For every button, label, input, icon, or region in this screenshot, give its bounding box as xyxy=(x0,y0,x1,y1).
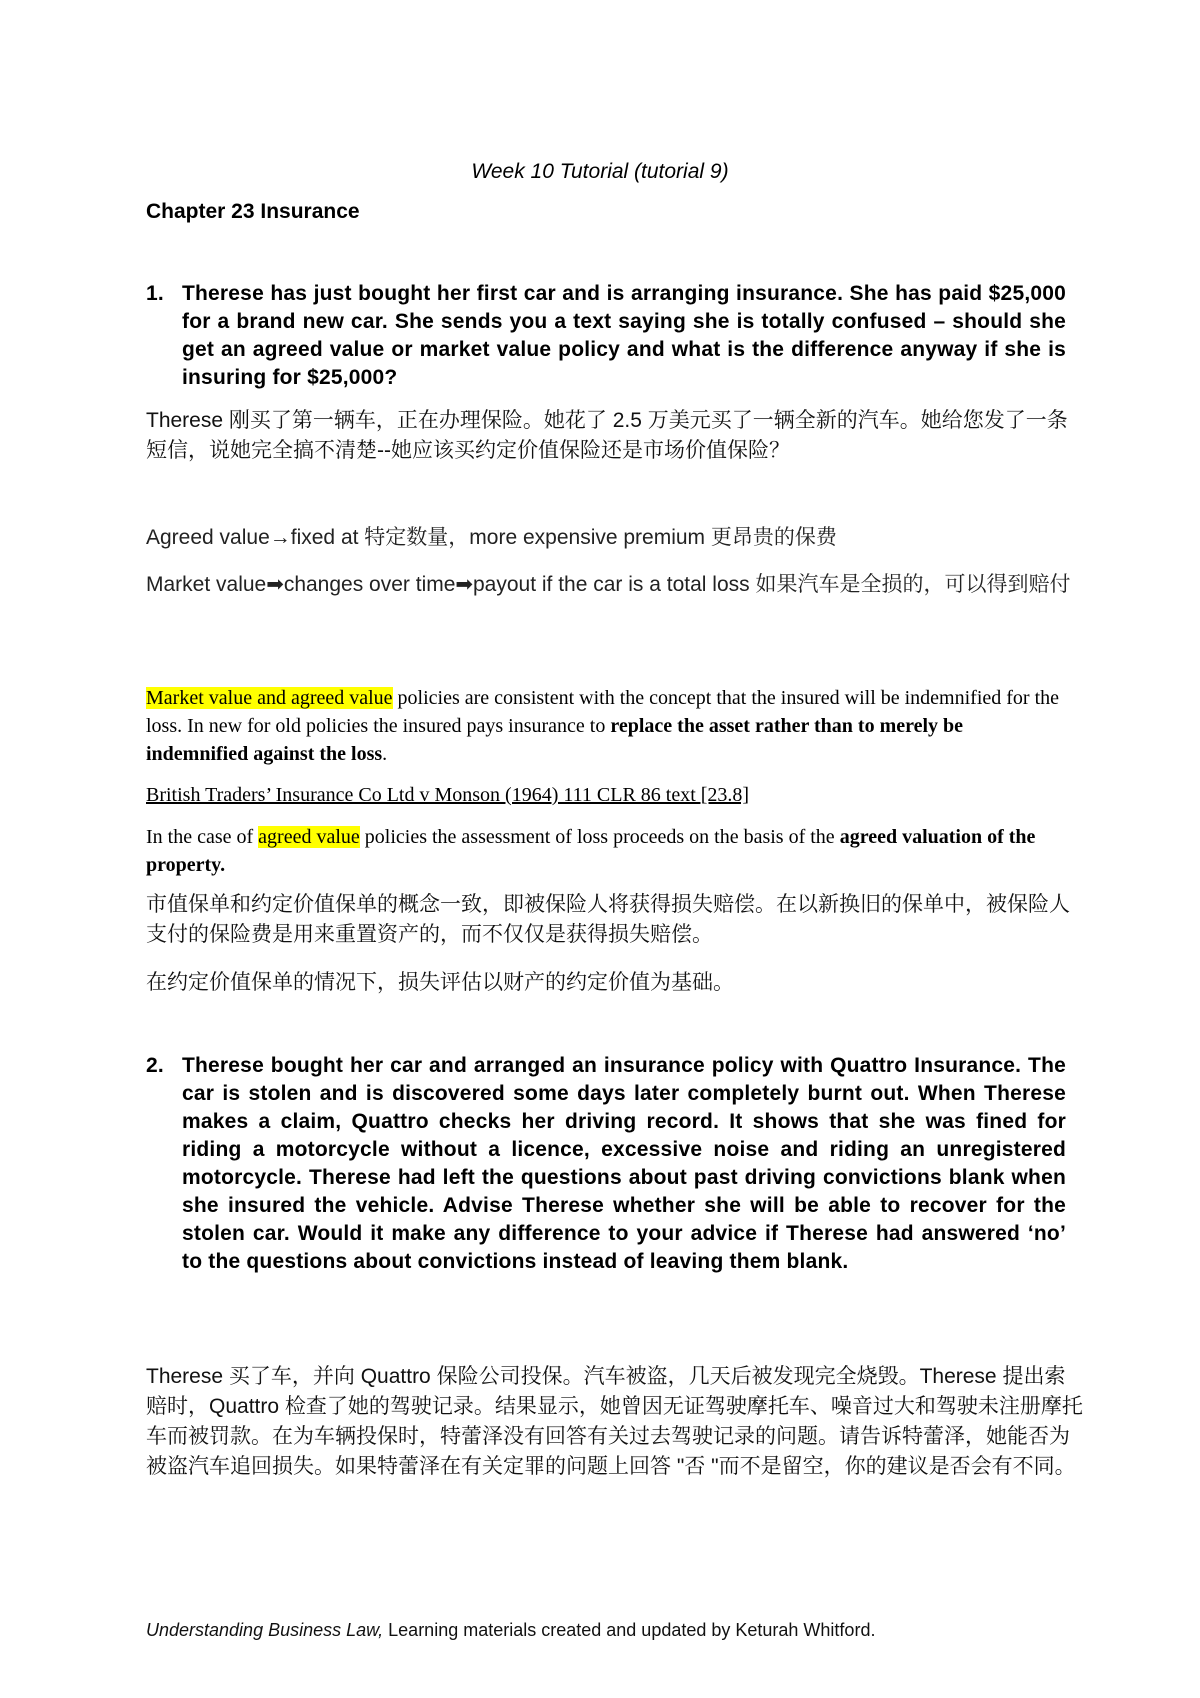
question-1-text: Therese has just bought her first car an… xyxy=(182,280,1066,392)
zh-paragraph-1: 市值保单和约定价值保单的概念一致，即被保险人将获得损失赔偿。在以新换旧的保单中，… xyxy=(146,890,1086,950)
question-2-translation: Therese 买了车，并向 Quattro 保险公司投保。汽车被盗，几天后被发… xyxy=(146,1362,1086,1482)
question-2-number: 2. xyxy=(146,1052,164,1080)
paragraph-text: policies the assessment of loss proceeds… xyxy=(360,826,840,848)
page-footer: Understanding Business Law, Learning mat… xyxy=(146,1620,875,1641)
question-2-text: Therese bought her car and arranged an i… xyxy=(182,1052,1066,1276)
document-page: Week 10 Tutorial (tutorial 9) Chapter 23… xyxy=(0,0,1200,1698)
paragraph-text: In the case of xyxy=(146,826,258,848)
zh-paragraph-2: 在约定价值保单的情况下，损失评估以财产的约定价值为基础。 xyxy=(146,968,1086,998)
highlighted-term: agreed value xyxy=(258,826,360,848)
question-1-translation: Therese 刚买了第一辆车，正在办理保险。她花了 2.5 万美元买了一辆全新… xyxy=(146,406,1086,466)
question-1-number: 1. xyxy=(146,280,164,308)
agreed-value-note: Agreed value→fixed at 特定数量，more expensiv… xyxy=(146,523,1086,553)
highlighted-term: Market value and agreed value xyxy=(146,687,393,709)
book-title: Understanding Business Law, xyxy=(146,1620,383,1640)
footer-credit: Learning materials created and updated b… xyxy=(383,1620,875,1640)
question-2: 2. Therese bought her car and arranged a… xyxy=(146,1052,1066,1276)
indemnity-paragraph: Market value and agreed value policies a… xyxy=(146,684,1066,768)
chapter-heading: Chapter 23 Insurance xyxy=(146,200,360,224)
question-1: 1. Therese has just bought her first car… xyxy=(146,280,1066,392)
case-citation: British Traders’ Insurance Co Ltd v Mons… xyxy=(146,784,749,807)
market-value-note: Market value➡changes over time➡payout if… xyxy=(146,570,1086,600)
agreed-value-paragraph: In the case of agreed value policies the… xyxy=(146,823,1066,879)
paragraph-text: . xyxy=(382,743,387,765)
page-title: Week 10 Tutorial (tutorial 9) xyxy=(0,160,1200,184)
